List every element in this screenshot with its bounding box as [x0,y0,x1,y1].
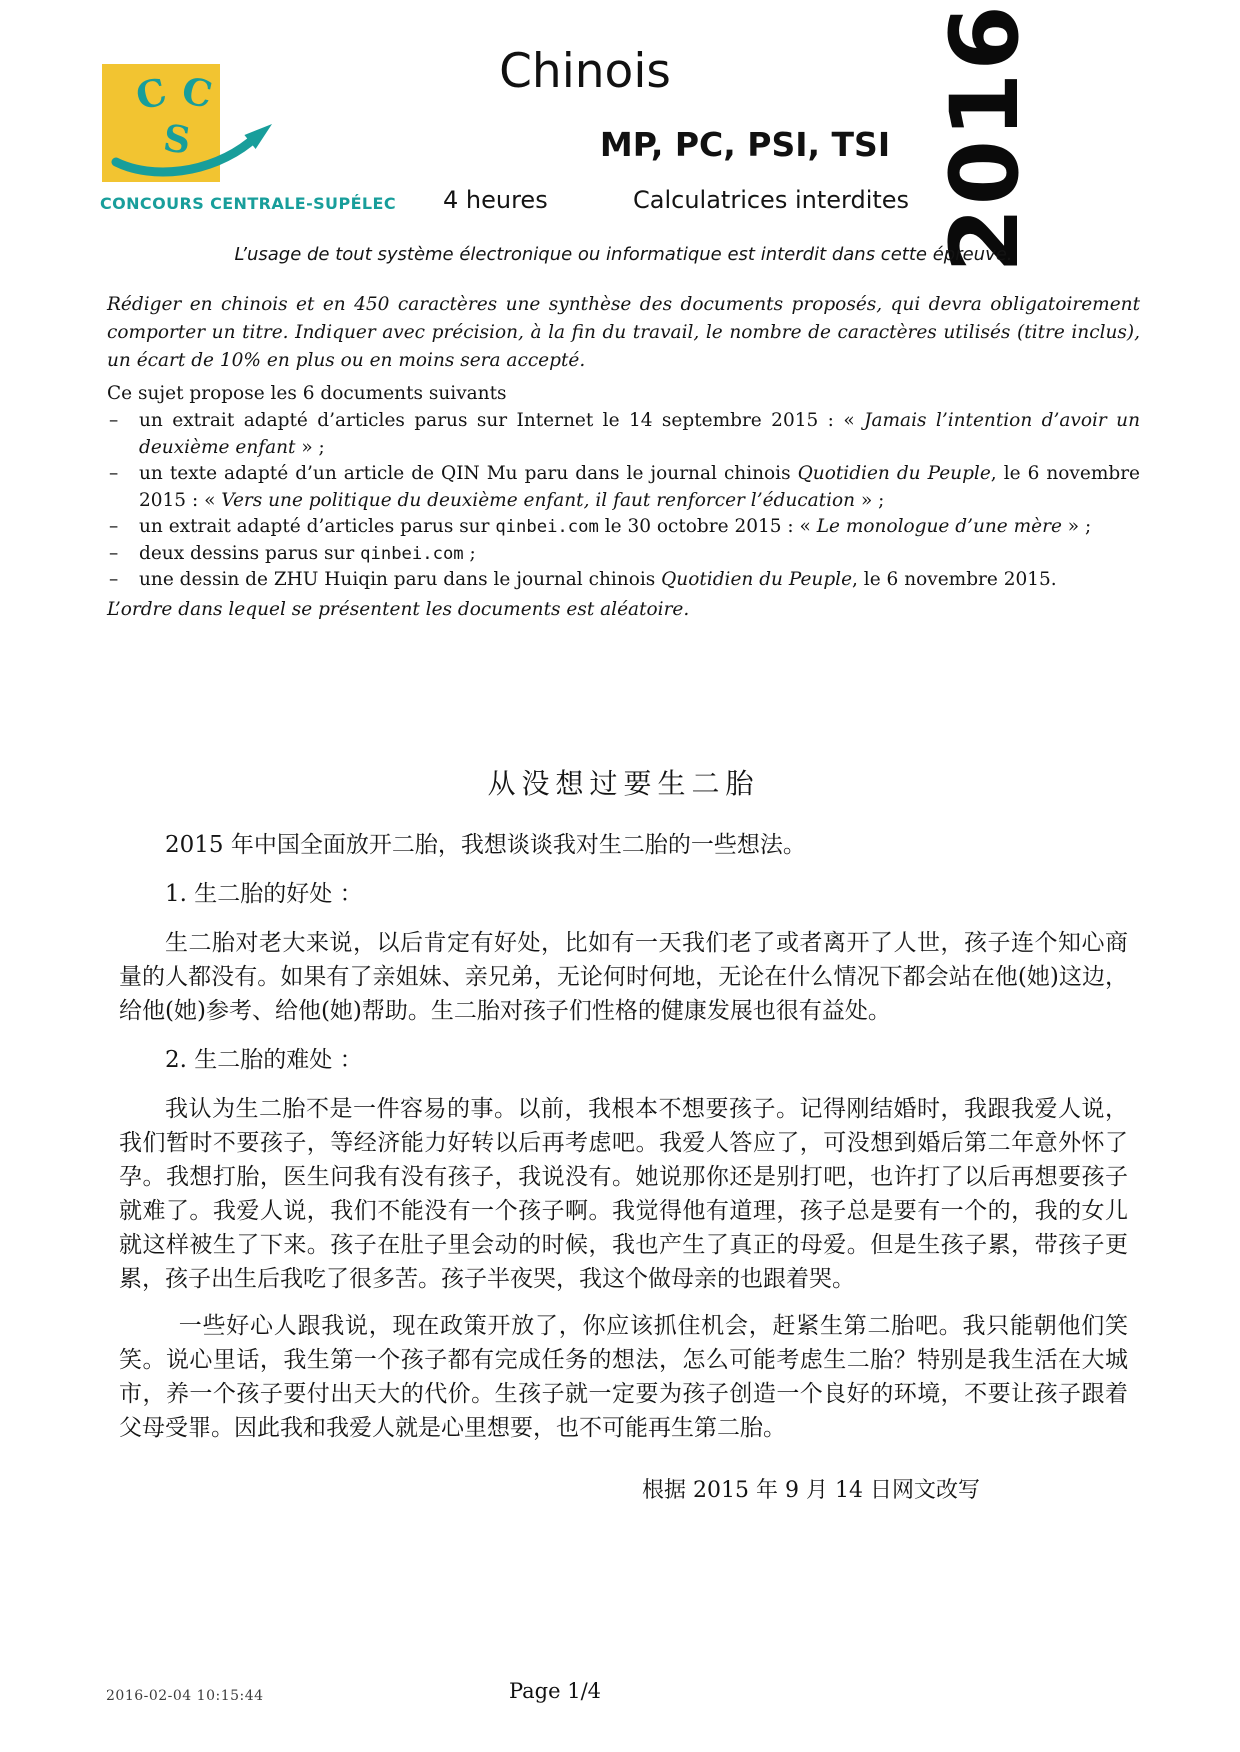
ccs-logo-icon: C C S [100,58,350,188]
documents-list: – un extrait adapté d’articles parus sur… [107,408,1140,594]
assignment-instructions: Rédiger en chinois et en 450 caractères … [107,291,1140,375]
doc-website-mono: qinbei.com [495,517,598,537]
doc-title-italic: Le monologue d’une mère [817,516,1062,537]
calculator-rule-label: Calculatrices interdites [633,186,909,214]
doc-text: » ; [1062,516,1091,537]
logo-caption: CONCOURS CENTRALE-SUPÉLEC [100,194,360,213]
list-dash: – [109,408,118,435]
doc-website-mono: qinbei.com [360,544,463,564]
essay-section2-paragraph: 我认为生二胎不是一件容易的事。以前，我根本不想要孩子。记得刚结婚时，我跟我爱人说… [119,1092,1128,1296]
essay-intro-paragraph: 2015 年中国全面放开二胎，我想谈谈我对生二胎的一些想法。 [119,828,1128,862]
footer-timestamp: 2016-02-04 10:15:44 [106,1688,264,1704]
document-list-item: – une dessin de ZHU Huiqin paru dans le … [107,567,1140,594]
documents-order-note: L’ordre dans lequel se présentent les do… [107,599,1140,620]
essay-title: 从没想过要生二胎 [107,762,1140,802]
doc-text: deux dessins parus sur [139,543,360,564]
footer-page-number: Page 1/4 [455,1679,655,1703]
doc-text: , le 6 novembre 2015. [852,569,1057,590]
list-dash: – [109,541,118,568]
document-list-item: – un extrait adapté d’articles parus sur… [107,514,1140,541]
electronic-devices-notice: L’usage de tout système électronique ou … [107,244,1140,265]
doc-journal-italic: Quotidien du Peuple [661,569,852,590]
doc-text: le 30 octobre 2015 : « [599,516,817,537]
documents-intro: Ce sujet propose les 6 documents suivant… [107,383,1140,404]
essay-section1-heading: 1. 生二胎的好处 ： [119,877,1128,911]
doc-journal-italic: Quotidien du Peuple [798,463,991,484]
essay-section2-heading: 2. 生二胎的难处 ： [119,1043,1128,1077]
doc-text: un extrait adapté d’articles parus sur [139,516,495,537]
document-list-item: – un extrait adapté d’articles parus sur… [107,408,1140,461]
doc-title-italic: Vers une politique du deuxième enfant, i… [221,490,855,511]
list-dash: – [109,514,118,541]
list-dash: – [109,567,118,594]
doc-text: ; [464,543,476,564]
essay-section1-paragraph: 生二胎对老大来说，以后肯定有好处，比如有一天我们老了或者离开了人世，孩子连个知心… [119,926,1128,1028]
essay-attribution: 根据 2015 年 9 月 14 日网文改写 [107,1473,1140,1504]
document-list-item: – un texte adapté d’un article de QIN Mu… [107,461,1140,514]
doc-text: » ; [855,490,884,511]
doc-text: un extrait adapté d’articles parus sur I… [139,410,864,431]
year-vertical-label: 2016 [885,38,1085,238]
essay-body: 2015 年中国全面放开二胎，我想谈谈我对生二胎的一些想法。 1. 生二胎的好处… [107,828,1140,1445]
doc-text: une dessin de ZHU Huiqin paru dans le jo… [139,569,661,590]
french-instructions-block: L’usage de tout système électronique ou … [107,244,1140,1526]
duration-label: 4 heures [443,186,548,214]
doc-text: » ; [295,437,324,458]
ccs-logo: C C S CONCOURS CENTRALE-SUPÉLEC [100,58,360,213]
subject-title: Chinois [390,44,780,99]
list-dash: – [109,461,118,488]
doc-text: un texte adapté d’un article de QIN Mu p… [139,463,798,484]
essay-closing-paragraph: 一些好心人跟我说，现在政策开放了，你应该抓住机会，赶紧生第二胎吧。我只能朝他们笑… [119,1309,1128,1445]
document-list-item: – deux dessins parus sur qinbei.com ; [107,541,1140,568]
exam-page: C C S CONCOURS CENTRALE-SUPÉLEC Chinois … [0,0,1240,1752]
